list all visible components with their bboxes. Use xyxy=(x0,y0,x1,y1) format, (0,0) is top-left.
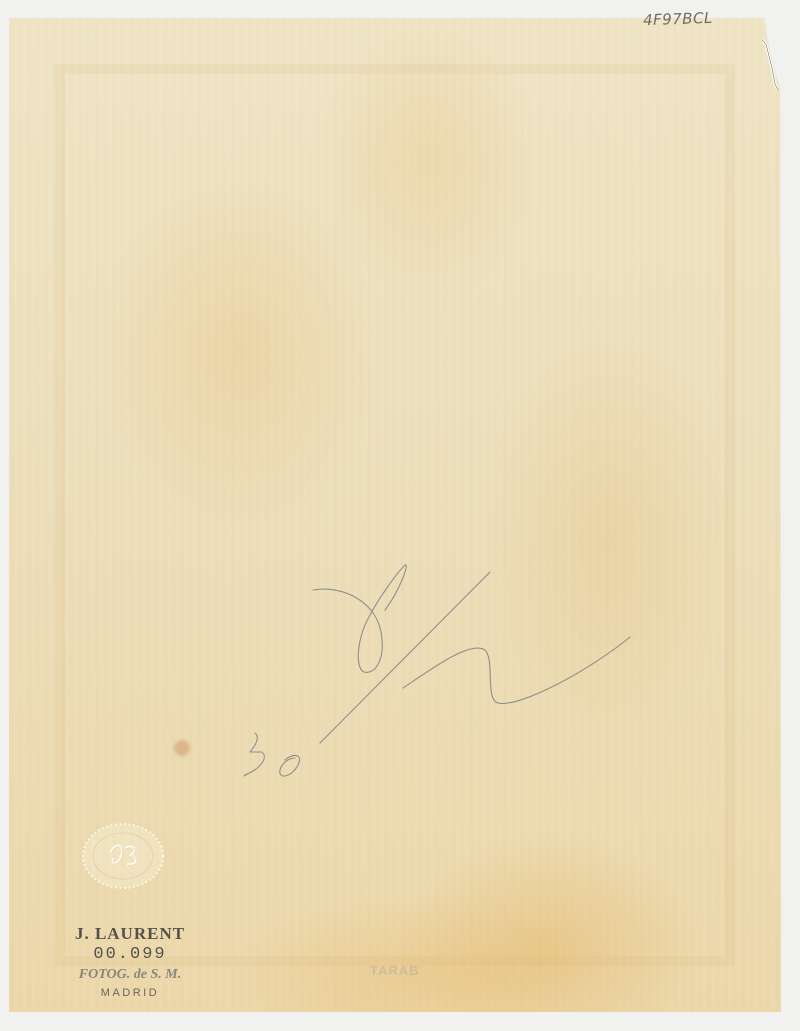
catalog-number: 4F97BCL xyxy=(643,9,713,29)
faint-show-through-text: TARAB xyxy=(370,963,420,978)
photographer-name: J. LAURENT xyxy=(55,924,205,944)
photographer-title: FOTOG. de S. M. xyxy=(55,966,205,984)
photographer-stamp: J. LAURENT 00.099 FOTOG. de S. M. MADRID xyxy=(55,924,205,1002)
torn-corner xyxy=(760,38,778,90)
embossed-seal xyxy=(81,822,165,890)
foxing-stain xyxy=(174,740,190,756)
negative-number: 00.099 xyxy=(55,944,205,966)
photographer-city: MADRID xyxy=(55,984,205,1002)
